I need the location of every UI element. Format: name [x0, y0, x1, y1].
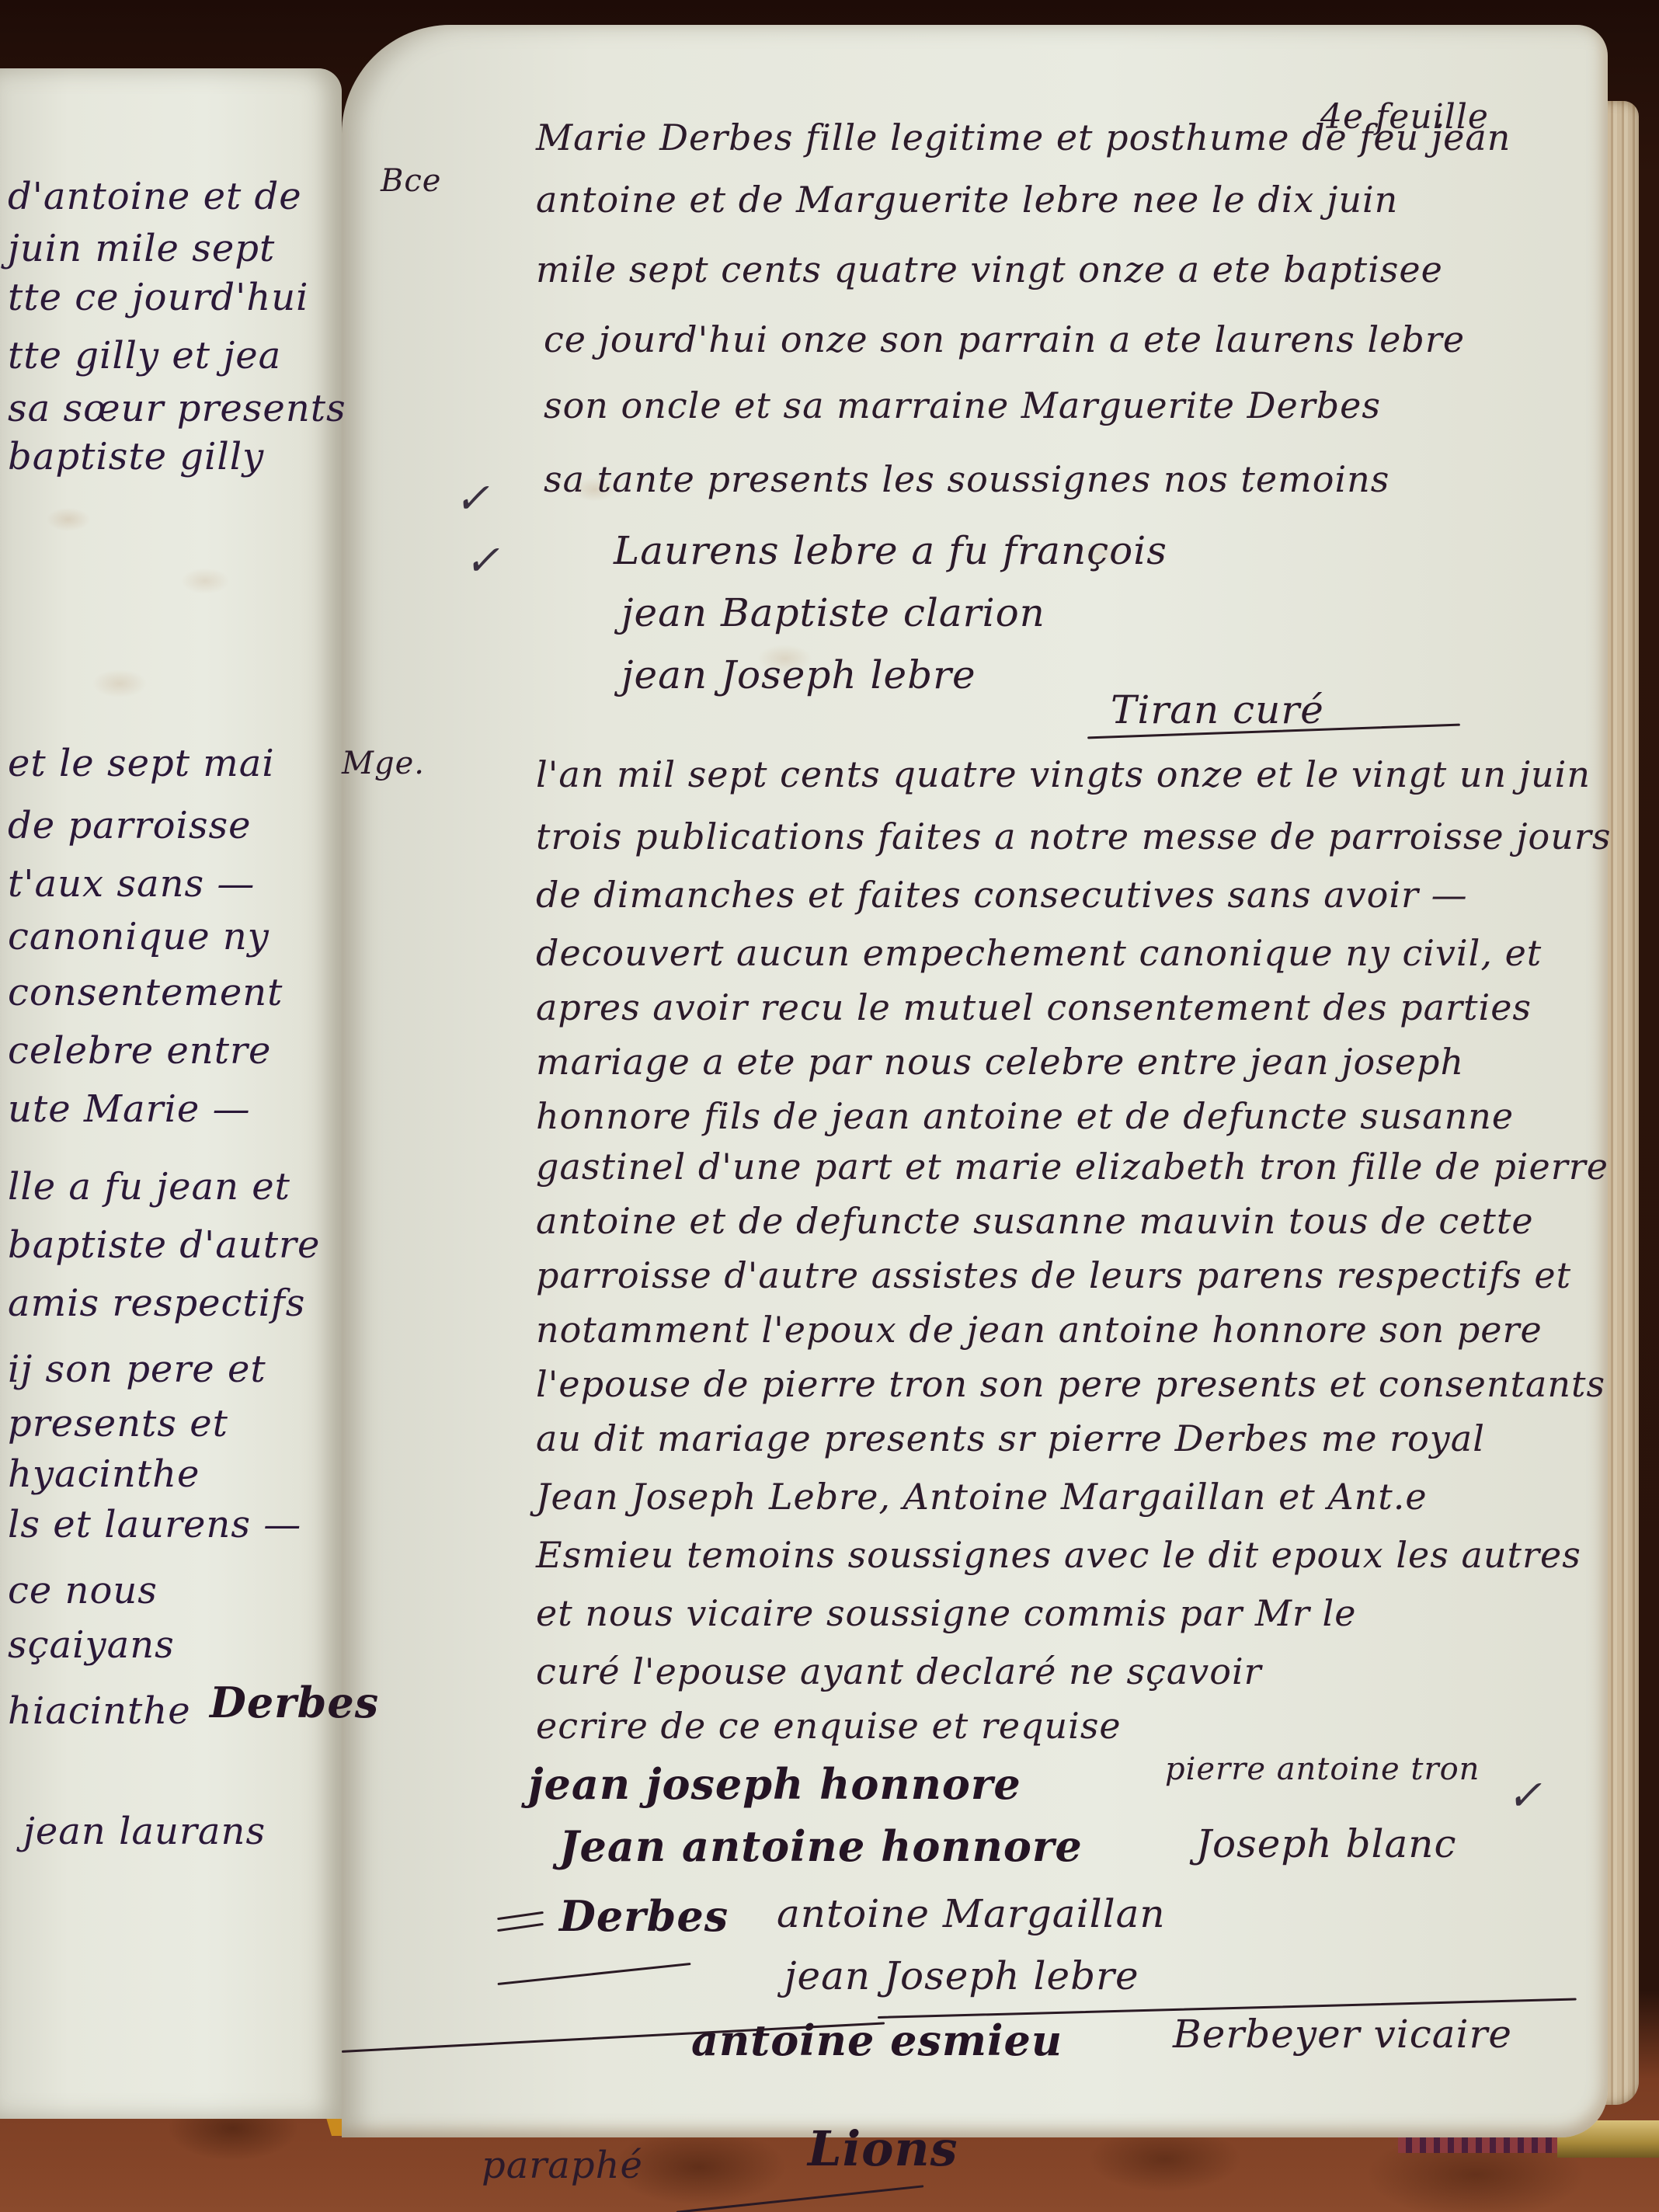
left-page-line: d'antoine et de: [8, 175, 302, 218]
left-page-line: amis respectifs: [8, 1282, 305, 1325]
left-page-line: hiacinthe: [8, 1689, 191, 1733]
witness-signature: jean Joseph lebre: [621, 652, 976, 697]
left-page-line: canonique ny: [8, 915, 270, 958]
marriage-line: curé l'epouse ayant declaré ne sçavoir: [536, 1650, 1262, 1692]
baptism-line: antoine et de Marguerite lebre nee le di…: [536, 179, 1398, 221]
baptism-line: ce jourd'hui onze son parrain a ete laur…: [544, 318, 1465, 360]
left-page-signature: jean laurans: [23, 1810, 266, 1853]
marriage-line: notamment l'epoux de jean antoine honnor…: [536, 1309, 1542, 1351]
left-page-line: lle a fu jean et: [8, 1165, 290, 1209]
baptism-line: son oncle et sa marraine Marguerite Derb…: [544, 384, 1381, 426]
paraphe-signature: Lions: [808, 2120, 958, 2177]
witness-signature: Derbes: [559, 1891, 729, 1941]
left-page-line: sa sœur presents: [8, 387, 346, 430]
marriage-line: l'an mil sept cents quatre vingts onze e…: [536, 753, 1591, 795]
marriage-line: decouvert aucun empechement canonique ny…: [536, 932, 1542, 974]
groom-signature: jean joseph honnore: [528, 1759, 1021, 1809]
marriage-line: parroisse d'autre assistes de leurs pare…: [536, 1254, 1571, 1296]
left-page-line: sçaiyans: [8, 1623, 175, 1667]
marriage-line: honnore fils de jean antoine et de defun…: [536, 1095, 1514, 1137]
witness-signature: Laurens lebre a fu françois: [614, 528, 1167, 573]
left-page-line: presents et: [8, 1402, 228, 1445]
marriage-line: ecrire de ce enquise et requise: [536, 1705, 1122, 1747]
left-page-line: hyacinthe: [8, 1452, 200, 1496]
left-page-line: juin mile sept: [8, 227, 275, 270]
left-page-line: ute Marie —: [8, 1087, 251, 1131]
baptism-line: sa tante presents les soussignes nos tem…: [544, 458, 1389, 500]
left-page-line: tte gilly et jea: [8, 334, 281, 377]
left-page-line: ce nous: [8, 1569, 158, 1612]
left-page-line: et le sept mai: [8, 742, 275, 785]
marriage-line: mariage a ete par nous celebre entre jea…: [536, 1041, 1464, 1083]
marriage-line: l'epouse de pierre tron son pere present…: [536, 1363, 1605, 1405]
groom-father-signature: Jean antoine honnore: [559, 1821, 1083, 1871]
left-page-signature: Derbes: [210, 1678, 379, 1727]
checkmark-icon: ✓: [1507, 1771, 1542, 1820]
left-page-line: consentement: [8, 971, 283, 1014]
marriage-line: trois publications faites a notre messe …: [536, 816, 1611, 857]
left-page-line: ls et laurens —: [8, 1503, 301, 1546]
marriage-line: Esmieu temoins soussignes avec le dit ep…: [536, 1534, 1581, 1576]
checkmark-icon: ✓: [454, 474, 490, 523]
paraphe-label: paraphé: [482, 2144, 643, 2187]
checkmark-icon: ✓: [464, 536, 500, 585]
left-page-line: tte ce jourd'hui: [8, 276, 309, 319]
bride-father-signature: pierre antoine tron: [1165, 1751, 1480, 1787]
baptism-line: Marie Derbes fille legitime et posthume …: [536, 117, 1511, 158]
vicar-signature: Berbeyer vicaire: [1173, 2012, 1512, 2057]
marriage-line: de dimanches et faites consecutives sans…: [536, 874, 1468, 916]
marriage-line: gastinel d'une part et marie elizabeth t…: [536, 1146, 1609, 1188]
witness-signature: antoine Margaillan: [777, 1891, 1166, 1936]
left-page-line: baptiste d'autre: [8, 1223, 320, 1267]
marriage-line: au dit mariage presents sr pierre Derbes…: [536, 1417, 1485, 1459]
witness-signature: jean Joseph lebre: [784, 1953, 1139, 1998]
baptism-line: mile sept cents quatre vingt onze a ete …: [536, 249, 1443, 290]
baptism-margin-note: Bce: [381, 163, 441, 199]
marriage-line: Jean Joseph Lebre, Antoine Margaillan et…: [536, 1476, 1428, 1518]
witness-signature: Joseph blanc: [1196, 1821, 1457, 1866]
left-page-line: de parroisse: [8, 804, 252, 847]
left-page-line: ij son pere et: [8, 1348, 266, 1391]
marriage-margin-note: Mge.: [342, 746, 425, 781]
witness-signature: jean Baptiste clarion: [621, 590, 1045, 635]
cure-signature: Tiran curé: [1111, 687, 1324, 732]
left-page-line: t'aux sans —: [8, 862, 255, 906]
marriage-line: antoine et de defuncte susanne mauvin to…: [536, 1200, 1534, 1242]
marriage-line: et nous vicaire soussigne commis par Mr …: [536, 1592, 1356, 1634]
left-page-line: celebre entre: [8, 1029, 271, 1073]
left-page-line: baptiste gilly: [8, 435, 264, 478]
marriage-line: apres avoir recu le mutuel consentement …: [536, 986, 1532, 1028]
